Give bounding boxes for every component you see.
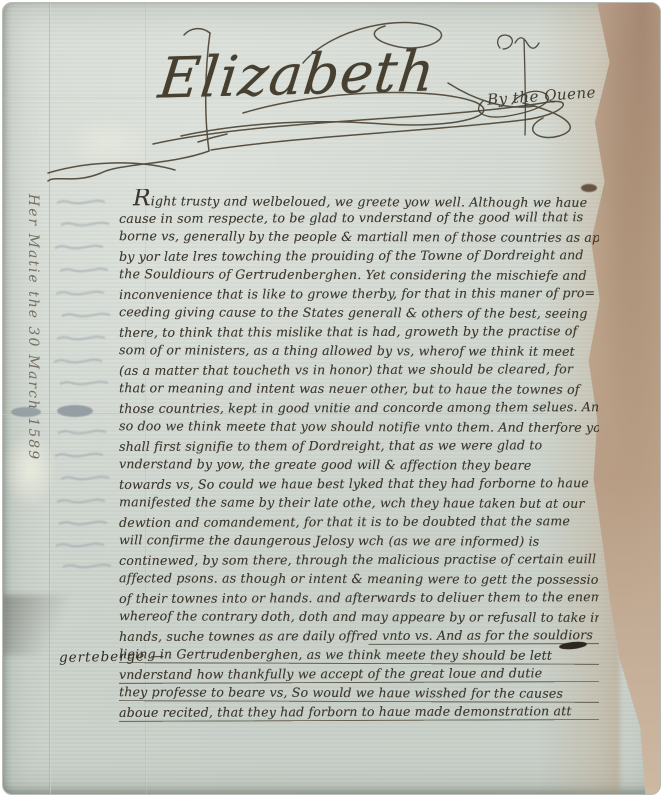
manuscript-line: there, to think that this mislike that i… [119, 321, 599, 342]
brown-spot-stain [581, 184, 597, 192]
manuscript-line: ceeding giving cause to the States gener… [119, 302, 599, 323]
manuscript-line: whereof the contrary doth, doth and may … [119, 606, 599, 627]
manuscript-line: inconvenience that is like to growe ther… [119, 283, 599, 304]
manuscript-line: continewed, by som there, through the ma… [119, 549, 599, 570]
manuscript-line: that or meaning and intent was neuer oth… [119, 378, 599, 399]
manuscript-line: by yor late lres towching the prouiding … [119, 245, 599, 266]
manuscript-line: som of or ministers, as a thing allowed … [119, 340, 599, 361]
manuscript-line: vnderstand how thankfully we accept of t… [119, 663, 599, 684]
manuscript-line: shall first signifie to them of Dordreig… [119, 435, 599, 456]
manuscript-line: the Souldiours of Gertrudenberghen. Yet … [119, 264, 599, 285]
manuscript-line: manifested the same by their late othe, … [119, 492, 599, 513]
manuscript-line: cause in som respecte, to be glad to vnd… [119, 207, 599, 228]
manuscript-line: will confirme the daungerous Jelosy wch … [119, 530, 599, 551]
manuscript-line: of their townes into or hands. and after… [119, 587, 599, 608]
manuscript-line: so doo we think meete that yow should no… [119, 416, 599, 437]
manuscript-line: Right trusty and welbeloued, we greete y… [119, 189, 599, 209]
manuscript-line: borne vs, generally by the people & mart… [119, 226, 599, 247]
letter-body: Right trusty and welbeloued, we greete y… [119, 189, 599, 729]
manuscript-line: hands, suche townes as are daily offred … [119, 625, 599, 646]
royal-signature: Elizabeth [155, 39, 438, 111]
manuscript-line: dewtion and comandement, for that it is … [119, 511, 599, 532]
manuscript-photo: Elizabeth By the Quene Her Matie the 30 … [2, 2, 661, 795]
manuscript-line: lieing in Gertrudenberghen, as we think … [119, 644, 599, 665]
manuscript-line: (as a matter that toucheth vs in honor) … [119, 359, 599, 380]
manuscript-line: vnderstand by yow, the greate good will … [119, 454, 599, 475]
manuscript-line: affected psons. as though or intent & me… [119, 568, 599, 589]
manuscript-line: towards vs, So could we haue best lyked … [119, 473, 599, 494]
manuscript-line: they professe to beare vs, So would we h… [119, 682, 599, 703]
manuscript-line: aboue recited, that they had forborn to … [119, 701, 599, 722]
manuscript-line: those countries, kept in good vnitie and… [119, 397, 599, 418]
